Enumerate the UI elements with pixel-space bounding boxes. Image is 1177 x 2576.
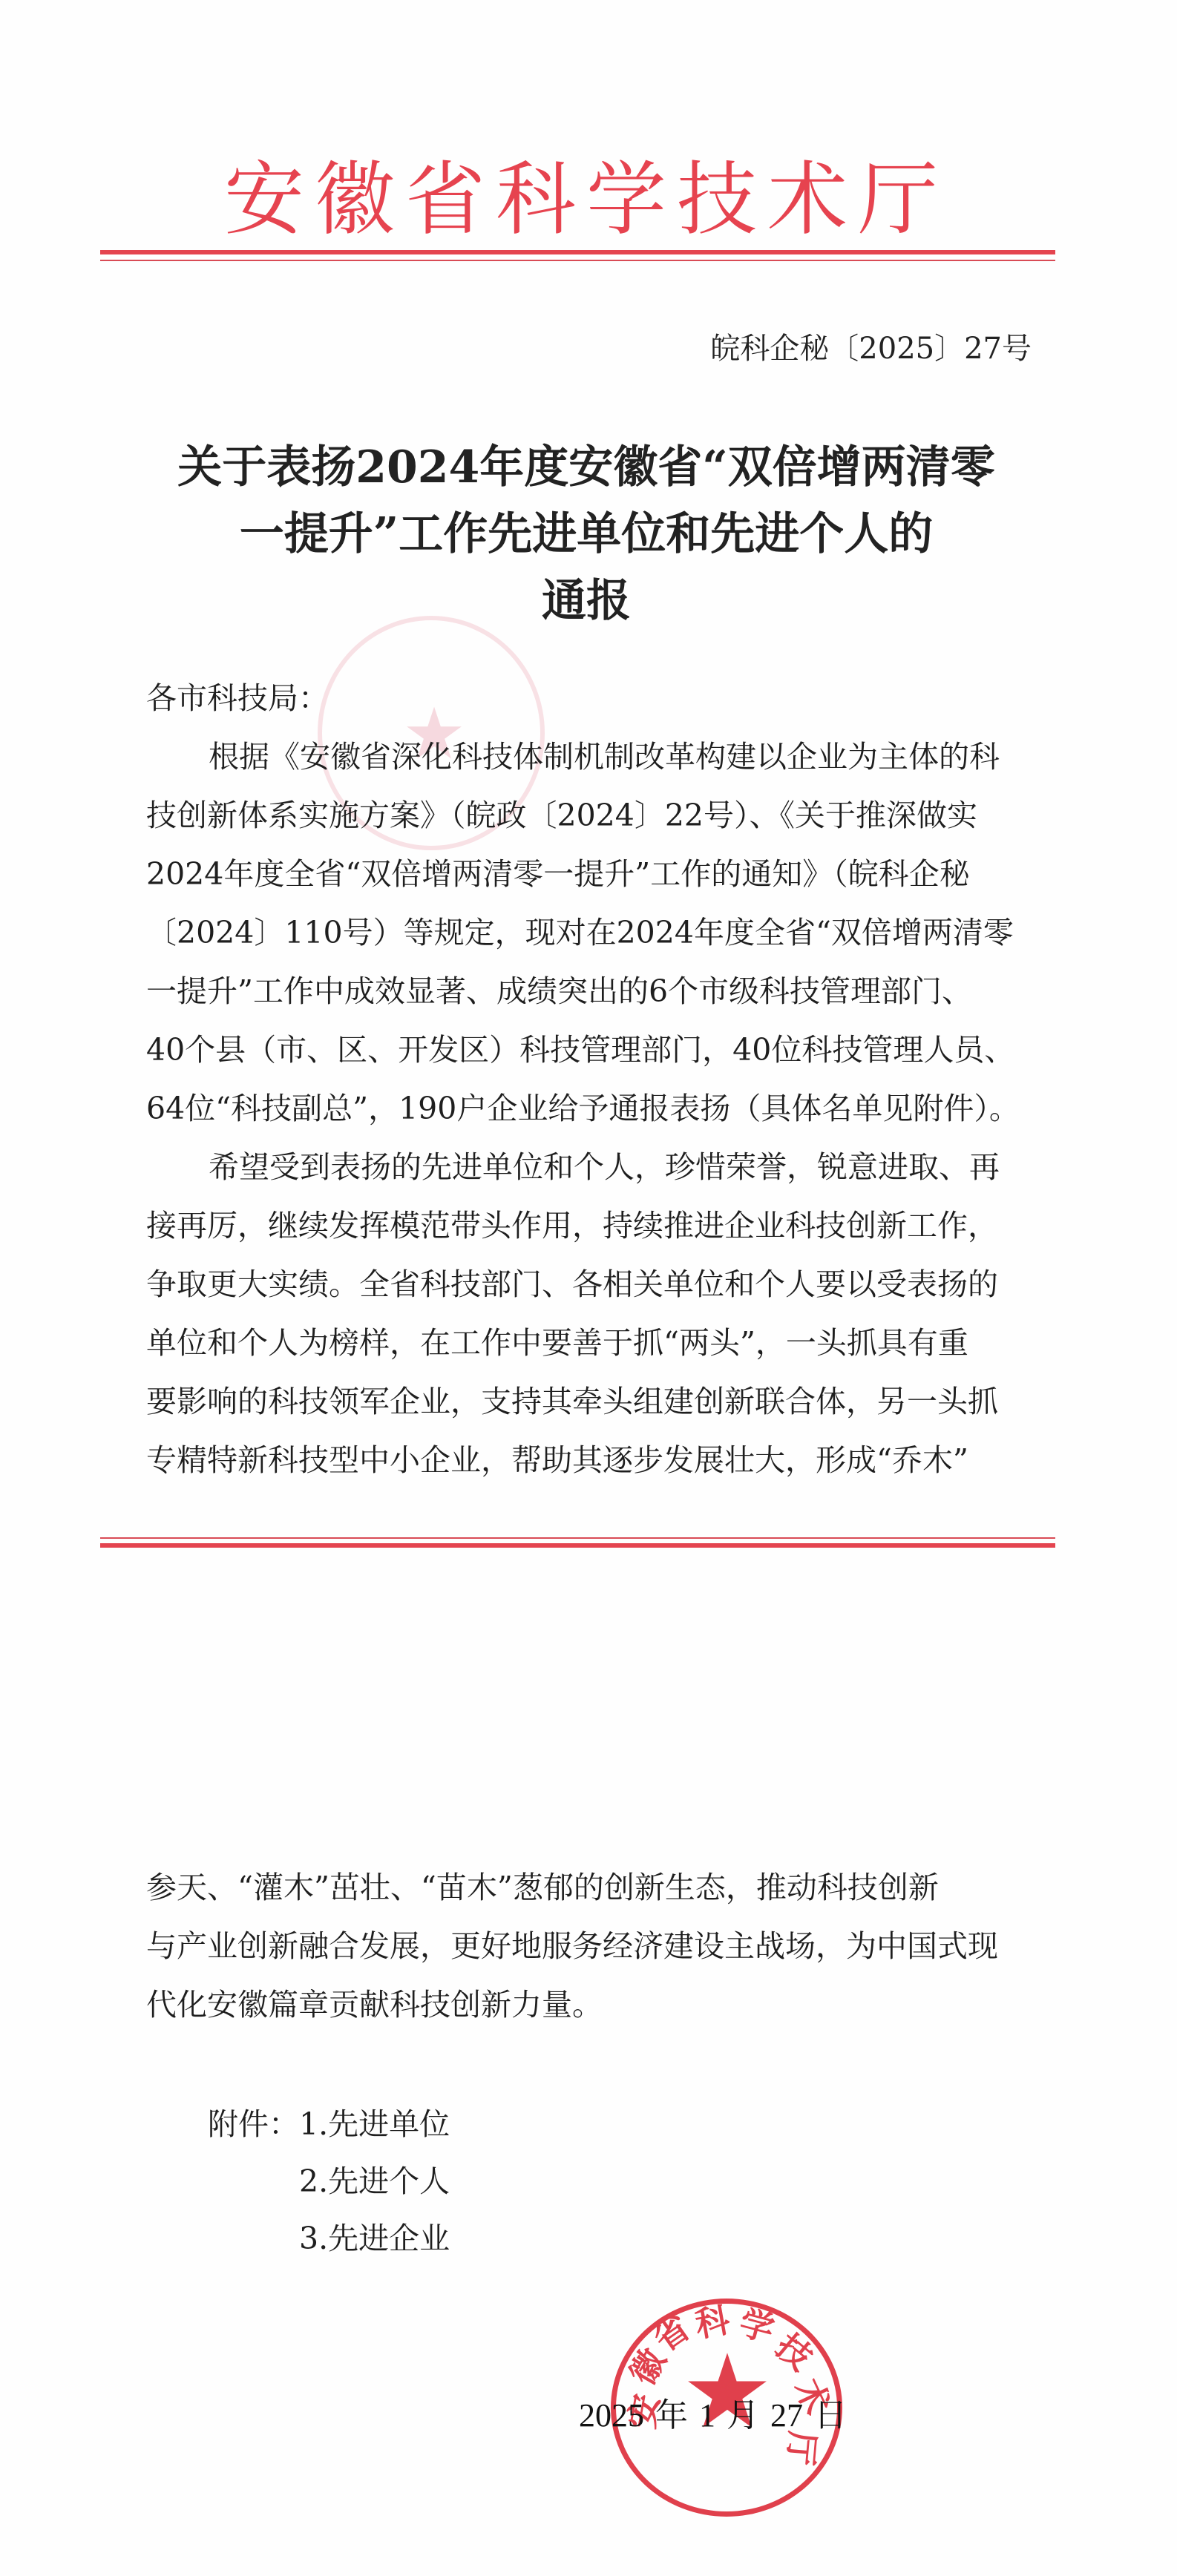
paragraph-line: 代化安徽篇章贡献科技创新力量。	[146, 1976, 1026, 2034]
paragraph-line: 40个县（市、区、开发区）科技管理部门，40位科技管理人员、	[146, 1021, 1026, 1080]
paragraph-line: 一提升”工作中成效显著、成绩突出的6个市级科技管理部门、	[146, 962, 1026, 1021]
paragraph-line: 参天、“灌木”茁壮、“苗木”葱郁的创新生态，推动科技创新	[146, 1859, 1026, 1917]
masthead-rule-thin	[100, 260, 1055, 261]
masthead-rule-thick	[100, 250, 1055, 254]
title-line-2: 一提升”工作先进单位和先进个人的	[171, 501, 1002, 568]
title-line-3: 通报	[171, 568, 1002, 634]
paragraph-2: 希望受到表扬的先进单位和个人，珍惜荣誉，锐意进取、再 接再厉，继续发挥模范带头作…	[146, 1138, 1026, 1490]
signature-date: 2025 年 1 月 27 日	[579, 2398, 824, 2434]
paragraph-line: 与产业创新融合发展，更好地服务经济建设主战场，为中国式现	[146, 1917, 1026, 1976]
paragraph-1: 根据《安徽省深化科技体制机制改革构建以企业为主体的科 技创新体系实施方案》（皖政…	[146, 728, 1026, 1138]
paragraph-line: 单位和个人为榜样，在工作中要善于抓“两头”，一头抓具有重	[146, 1314, 1026, 1373]
page-break-rule-thick	[100, 1543, 1055, 1548]
paragraph-line: 2024年度全省“双倍增两清零一提升”工作的通知》（皖科企秘	[146, 845, 1026, 904]
page-break-rule-thin	[100, 1537, 1055, 1539]
paragraph-line: 要影响的科技领军企业，支持其牵头组建创新联合体，另一头抓	[146, 1373, 1026, 1431]
paragraph-line: 争取更大实绩。全省科技部门、各相关单位和个人要以受表扬的	[146, 1255, 1026, 1314]
seal-char: 科	[691, 2301, 734, 2344]
paragraph-line: 接再厉，继续发挥模范带头作用，持续推进企业科技创新工作，	[146, 1197, 1026, 1255]
attachment-item: 3.先进企业	[299, 2210, 450, 2267]
title-line-1: 关于表扬2024年度安徽省“双倍增两清零	[171, 434, 1002, 501]
attachment-item: 2.先进个人	[299, 2153, 450, 2210]
attachments-label: 附件：	[208, 2096, 299, 2153]
paragraph-line: 专精特新科技型中小企业，帮助其逐步发展壮大，形成“乔木”	[146, 1431, 1026, 1490]
document-title: 关于表扬2024年度安徽省“双倍增两清零 一提升”工作先进单位和先进个人的 通报	[171, 434, 1002, 634]
document-page: 安徽省科学技术厅 皖科企秘〔2025〕27号 关于表扬2024年度安徽省“双倍增…	[0, 0, 1177, 2576]
paragraph-2-continued: 参天、“灌木”茁壮、“苗木”葱郁的创新生态，推动科技创新 与产业创新融合发展，更…	[146, 1859, 1026, 2034]
paragraph-line: 希望受到表扬的先进单位和个人，珍惜荣誉，锐意进取、再	[146, 1138, 1026, 1197]
document-number: 皖科企秘〔2025〕27号	[690, 330, 1032, 367]
paragraph-line: 64位“科技副总”，190户企业给予通报表扬（具体名单见附件）。	[146, 1080, 1026, 1138]
paragraph-line: 根据《安徽省深化科技体制机制改革构建以企业为主体的科	[146, 728, 1026, 786]
attachment-item: 1.先进单位	[299, 2096, 450, 2153]
salutation: 各市科技局：	[146, 669, 1026, 728]
salutation-text: 各市科技局：	[146, 669, 1026, 728]
attachments-list: 附件：1.先进单位 2.先进个人 3.先进企业	[208, 2096, 450, 2267]
masthead-title: 安徽省科学技术厅	[223, 148, 950, 252]
paragraph-line: 技创新体系实施方案》（皖政〔2024〕22号）、《关于推深做实	[146, 786, 1026, 845]
paragraph-line: 〔2024〕110号）等规定，现对在2024年度全省“双倍增两清零	[146, 904, 1026, 962]
seal-char: 厅	[781, 2428, 822, 2468]
